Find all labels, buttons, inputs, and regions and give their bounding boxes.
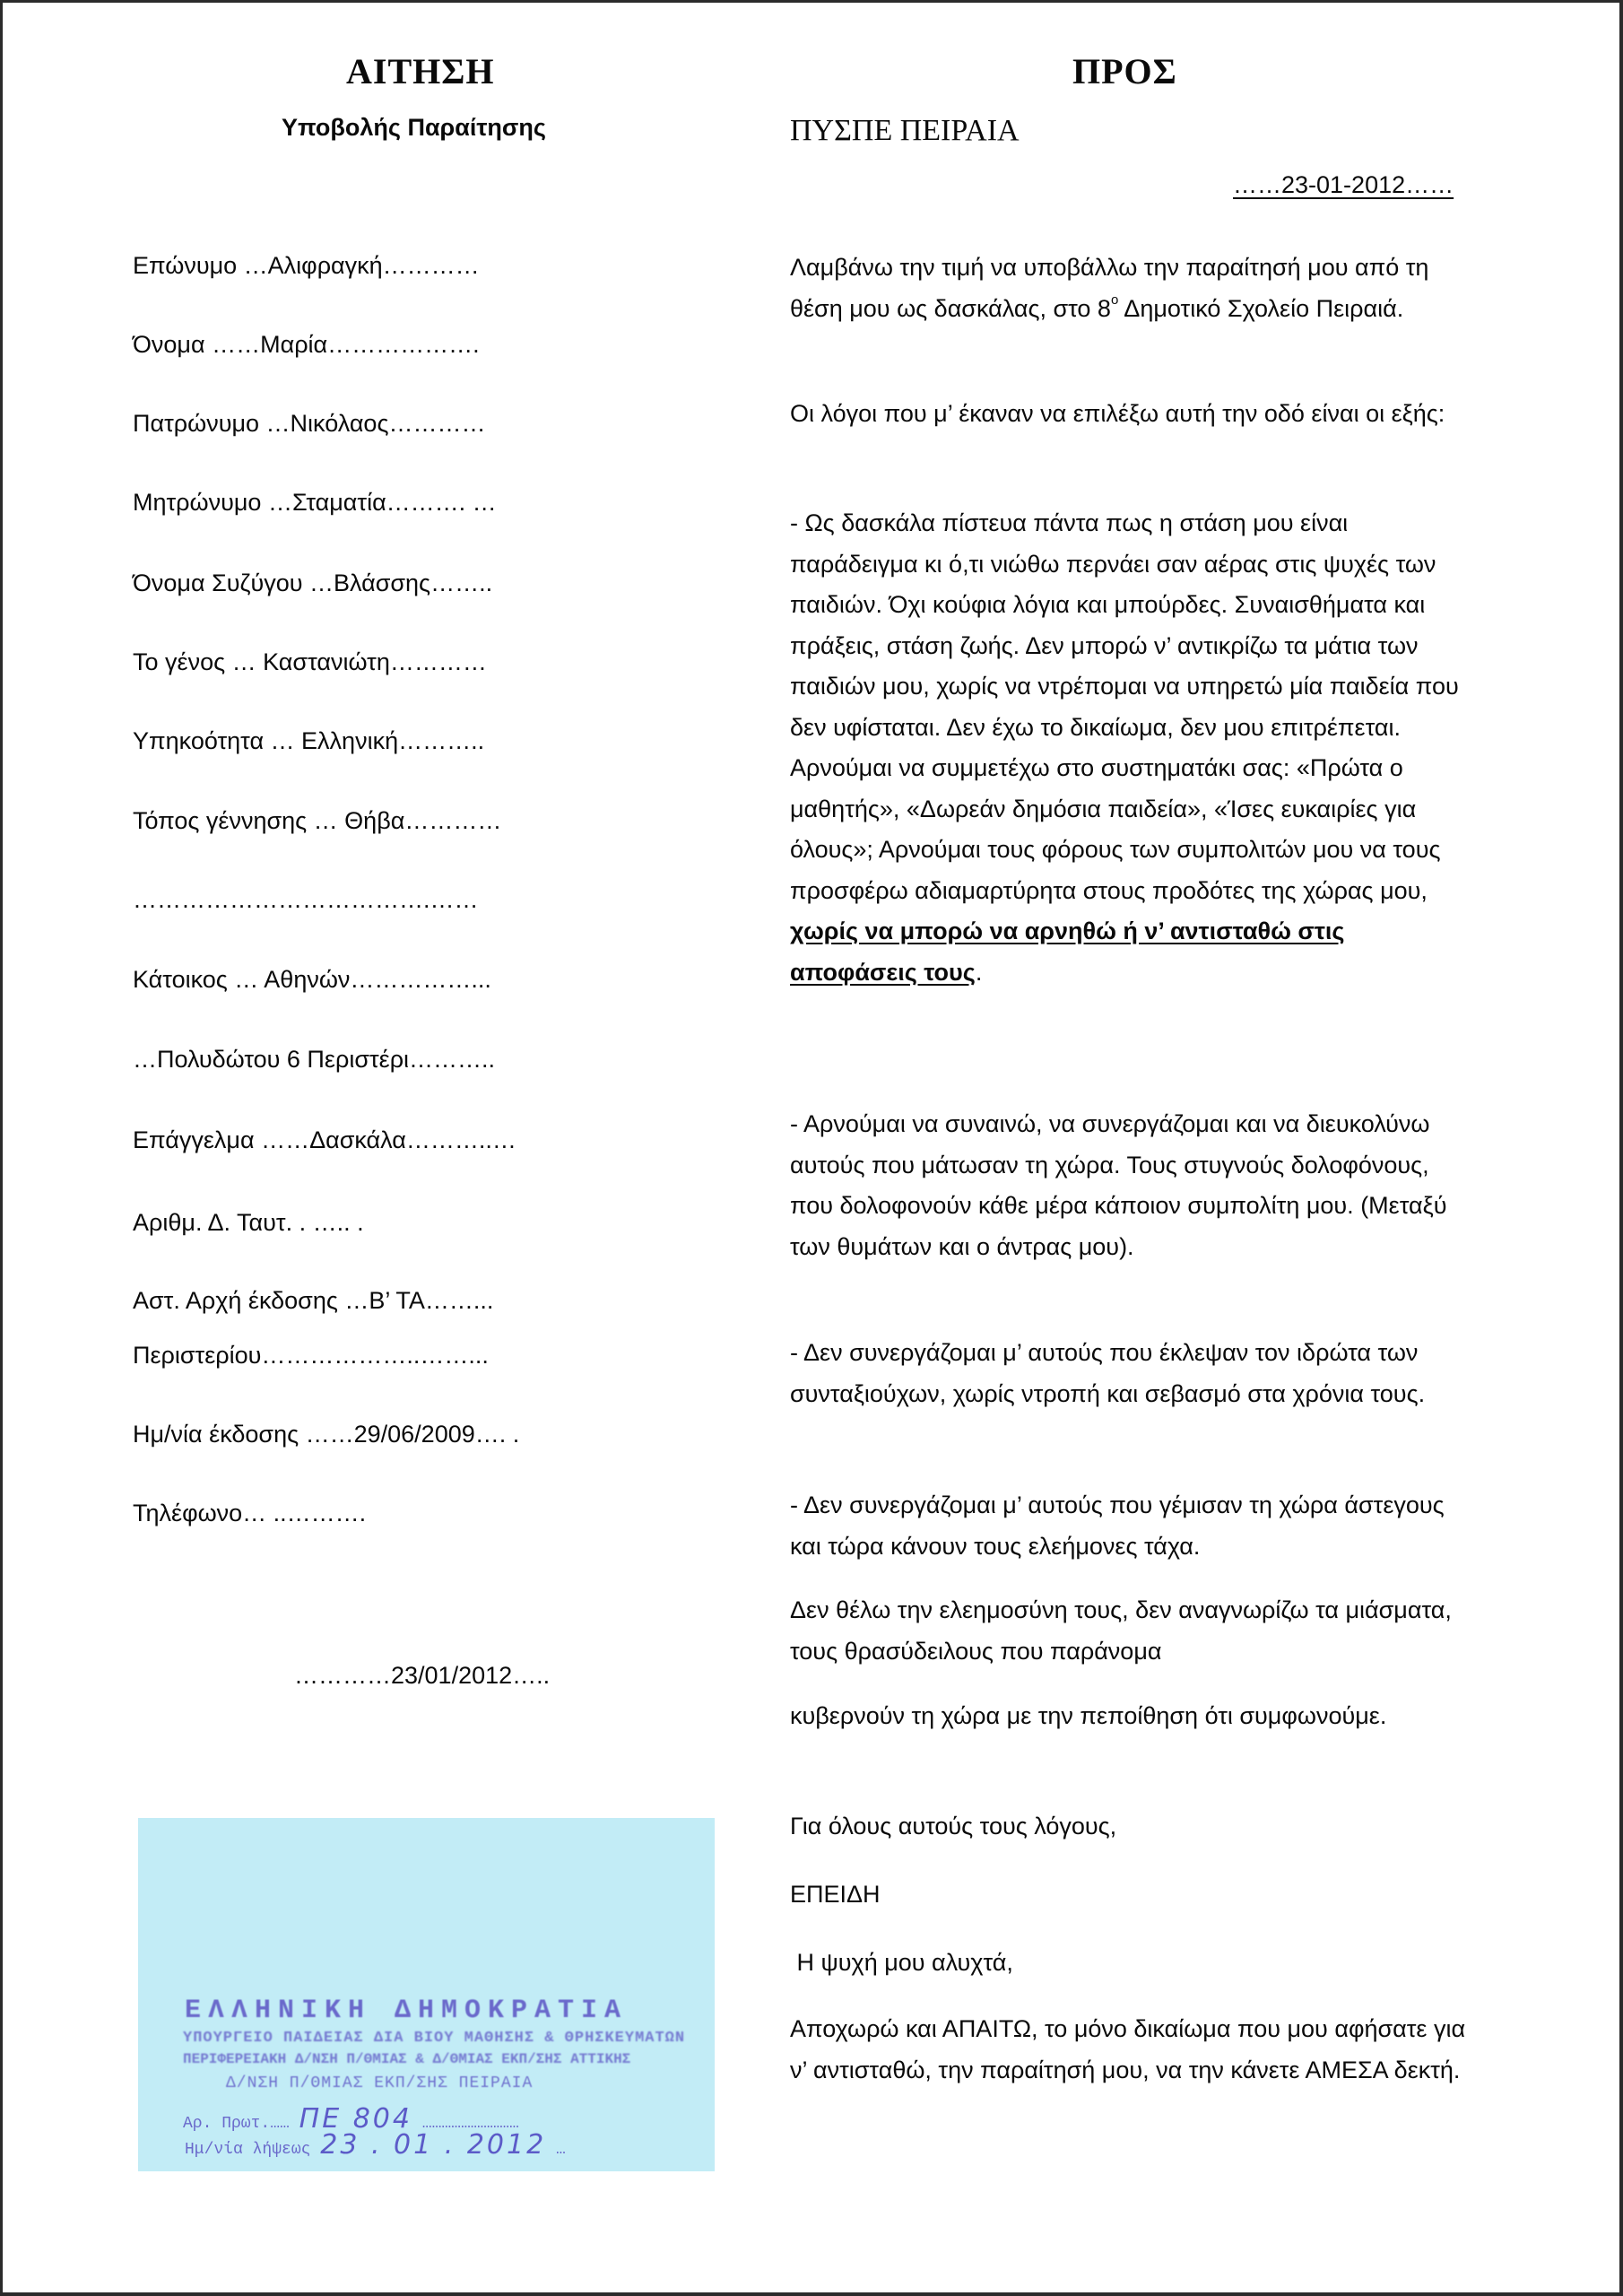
field-issuing-authority: Αστ. Αρχή έκδοσης …Β’ ΤΑ……... [133, 1287, 493, 1315]
paragraph-demand: Αποχωρώ και ΑΠΑΙΤΩ, το μόνο δικαίωμα που… [790, 2009, 1471, 2091]
stamp-line-3: ΠΕΡΙΦΕΡΕΙΑΚΗ Δ/ΝΣΗ Π/ΘΜΙΑΣ & Δ/ΘΜΙΑΣ ΕΚΠ… [183, 2051, 630, 2067]
paragraph-reason-1: - Ως δασκάλα πίστευα πάντα πως η στάση μ… [790, 503, 1471, 993]
stamp-line-2: ΥΠΟΥΡΓΕΙΟ ΠΑΙΔΕΙΑΣ ΔΙΑ ΒΙΟΥ ΜΑΘΗΣΗΣ & ΘΡ… [183, 2030, 685, 2047]
paragraph-soul: Η ψυχή μου αλυχτά, [790, 1943, 1471, 1984]
field-surname: Επώνυμο …Αλιφραγκή………… [133, 252, 480, 280]
paragraph-reason-4: - Δεν συνεργάζομαι μ’ αυτούς που γέμισαν… [790, 1485, 1471, 1567]
recipient-name: ΠΥΣΠΕ ΠΕΙΡΑΙΑ [790, 114, 1020, 148]
document-page: ΑΙΤΗΣΗ Υποβολής Παραίτησης ΠΡΟΣ ΠΥΣΠΕ ΠΕ… [0, 0, 1623, 2296]
field-profession: Επάγγελμα ……Δασκάλα………..… [133, 1126, 516, 1154]
stamp-received-date: Ημ/νία λήψεως 23 . 01 . 2012 … [185, 2129, 566, 2161]
signature-date: …………23/01/2012….. [294, 1662, 550, 1690]
paragraph-govern: κυβερνούν τη χώρα με την πεποίθηση ότι σ… [790, 1696, 1471, 1737]
field-address: …Πολυδώτου 6 Περιστέρι……….. [133, 1046, 495, 1074]
field-id-number: Αριθμ. Δ. Ταυτ. . ….. . [133, 1209, 364, 1237]
field-blank-line: ……………………………….…… [133, 886, 479, 914]
stamp-line-1: ΕΛΛΗΝΙΚΗ ΔΗΜΟΚΡΑΤΙΑ [185, 1996, 628, 2026]
paragraph-because: ΕΠΕΙΔΗ [790, 1874, 1471, 1916]
paragraph-intro: Λαμβάνω την τιμή να υποβάλλω την παραίτη… [790, 248, 1471, 329]
letter-body: Λαμβάνω την τιμή να υποβάλλω την παραίτη… [790, 248, 1471, 329]
field-maiden-name: Το γένος … Καστανιώτη………… [133, 648, 487, 676]
application-title: ΑΙΤΗΣΗ [346, 50, 495, 92]
emphasized-text: χωρίς να μπορώ να αρνηθώ ή ν’ αντισταθώ … [790, 918, 1344, 986]
stamp-line-4: Δ/ΝΣΗ Π/ΘΜΙΑΣ ΕΚΠ/ΣΗΣ ΠΕΙΡΑΙΑ [226, 2074, 533, 2092]
field-residence: Κάτοικος … Αθηνών……………... [133, 966, 491, 994]
field-first-name: Όνομα ……Μαρία………………. [133, 331, 480, 359]
field-issue-date: Ημ/νία έκδοσης ……29/06/2009…. . [133, 1421, 519, 1448]
paragraph-charity: Δεν θέλω την ελεημοσύνη τους, δεν αναγνω… [790, 1590, 1471, 1672]
paragraph-reason-3: - Δεν συνεργάζομαι μ’ αυτούς που έκλεψαν… [790, 1333, 1471, 1414]
field-spouse-name: Όνομα Συζύγου …Βλάσσης…….. [133, 570, 492, 597]
paragraph-reason-2: - Αρνούμαι να συναινώ, να συνεργάζομαι κ… [790, 1104, 1471, 1267]
stamp-date-value: 23 . 01 . 2012 [320, 2129, 546, 2161]
application-subtitle: Υποβολής Παραίτησης [282, 114, 546, 142]
field-issuing-authority-cont: Περιστερίου………………..……... [133, 1342, 489, 1370]
field-birthplace: Τόπος γέννησης … Θήβα………… [133, 807, 501, 835]
paragraph-for-these-reasons: Για όλους αυτούς τους λόγους, [790, 1806, 1471, 1848]
field-father-name: Πατρώνυμο …Νικόλαος………… [133, 410, 485, 438]
document-date: ……23-01-2012…… [1233, 171, 1454, 199]
official-stamp: ΕΛΛΗΝΙΚΗ ΔΗΜΟΚΡΑΤΙΑ ΥΠΟΥΡΓΕΙΟ ΠΑΙΔΕΙΑΣ Δ… [138, 1818, 715, 2171]
field-nationality: Υπηκοότητα … Ελληνική……….. [133, 727, 484, 755]
stamp-date-label: Ημ/νία λήψεως [185, 2141, 310, 2159]
recipient-heading: ΠΡΟΣ [1072, 50, 1177, 92]
field-mother-name: Μητρώνυμο …Σταματία………. … [133, 489, 497, 517]
field-phone: Τηλέφωνο… ..………. [133, 1500, 366, 1527]
paragraph-reasons-intro: Οι λόγοι που μ’ έκαναν να επιλέξω αυτή τ… [790, 394, 1471, 435]
